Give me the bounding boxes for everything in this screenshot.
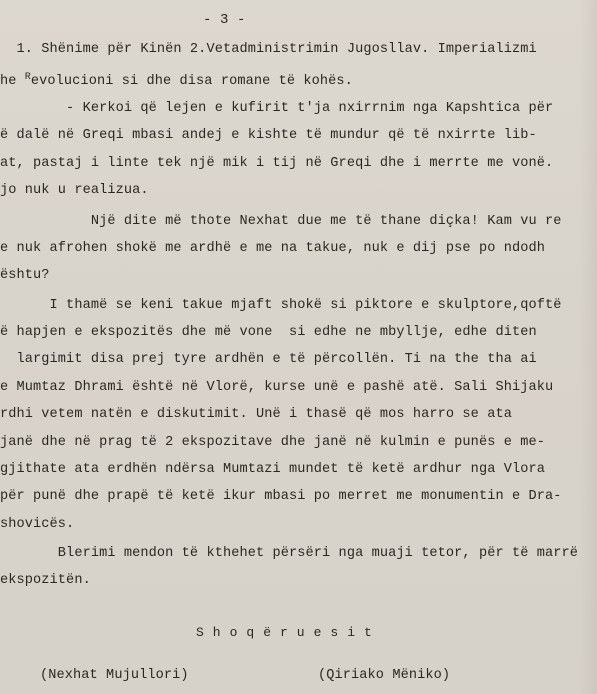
text-line-4: ë dalë në Greqi mbasi andej e kishte të …	[0, 128, 537, 144]
text-line-6: jo nuk u realizua.	[0, 183, 149, 199]
text-line-19: Blerimi mendon të kthehet përsëri nga mu…	[0, 546, 578, 562]
text-line-2-rest: evolucioni si dhe disa romane të kohës.	[31, 74, 353, 89]
text-line-18: shovicës.	[0, 517, 74, 533]
text-line-1: 1. Shënime për Kinën 2.Vetadministrimin …	[0, 42, 537, 58]
text-line-20: ekspozitën.	[0, 573, 91, 589]
text-line-2: he Revolucioni si dhe disa romane të koh…	[0, 70, 353, 90]
text-line-5: at, pastaj i linte tek një mik i tij në …	[0, 156, 553, 172]
page-number: - 3 -	[203, 12, 246, 28]
text-line-17: për punë dhe prapë të ketë ikur mbasi po…	[0, 489, 562, 505]
text-line-10: I thamë se keni takue mjaft shokë si pik…	[0, 298, 562, 314]
text-line-11: ë hapjen e ekspozitës dhe më vone si edh…	[0, 325, 537, 341]
text-line-14: rdhi vetem natën e diskutimit. Unë i tha…	[0, 407, 512, 423]
text-line-7: Një dite më thote Nexhat due me të thane…	[0, 214, 562, 230]
text-line-2-start: he	[0, 74, 25, 89]
text-line-8: e nuk afrohen shokë me ardhë e me na tak…	[0, 241, 545, 257]
typewritten-document-page: - 3 - 1. Shënime për Kinën 2.Vetadminist…	[0, 0, 597, 694]
text-line-13: e Mumtaz Dhrami është në Vlorë, kurse un…	[0, 380, 553, 396]
text-line-3: - Kerkoi që lejen e kufirit t'ja nxirrni…	[0, 101, 553, 117]
signature-left: (Nexhat Mujullori)	[40, 668, 189, 684]
text-line-15: janë dhe në prag të 2 ekspozitave dhe ja…	[0, 435, 545, 451]
text-line-16: gjithate ata erdhën ndërsa Mumtazi munde…	[0, 462, 545, 478]
signature-right: (Qiriako Mëniko)	[318, 668, 450, 684]
text-line-9: ështu?	[0, 268, 50, 284]
text-line-12: largimit disa prej tyre ardhën e të përc…	[0, 352, 537, 368]
signers-heading: Shoqëruesit	[196, 625, 381, 641]
